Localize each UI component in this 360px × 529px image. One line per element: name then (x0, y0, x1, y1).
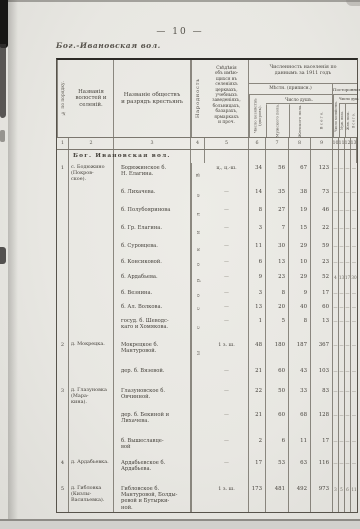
info-note: — (205, 386, 249, 410)
table-row: 4д. Ардабьевка.Ардабьевское б. Ардабьева… (57, 458, 357, 484)
local-households: 173 (249, 484, 266, 512)
row-num: 2 (57, 340, 69, 366)
local-households: 6 (249, 257, 266, 272)
row-num (57, 436, 69, 458)
page-number: — 10 — (0, 27, 360, 37)
local-total: 46 (311, 205, 333, 223)
local-male: 5 (266, 316, 289, 340)
society-name: б. Полубояринова (114, 205, 191, 223)
column-number: 9 (311, 138, 333, 149)
column-number: 7 (266, 138, 289, 149)
table-body: 1с. Бодюжино (Покров- ское).Бодюжинское … (57, 163, 357, 512)
local-female: 15 (289, 223, 311, 241)
row-num: 1 (57, 163, 69, 187)
header-local-total: В с е г о. (311, 104, 333, 137)
village-name: д. Гибловка (Кизлы- Васильевка). (69, 484, 114, 512)
section-cell (351, 150, 357, 163)
nationality-letter: л (191, 205, 205, 223)
info-note: — (205, 205, 249, 223)
village-name (69, 410, 114, 436)
local-households: 1 (249, 316, 266, 340)
society-name: б. Ал. Волкова. (114, 302, 191, 316)
local-total: 52 (311, 272, 333, 288)
table-row: б. Полубояриновал—8271946———— (57, 205, 357, 223)
ext-total: — (351, 458, 357, 484)
local-female: 9 (289, 288, 311, 302)
table-row: б. Вышеславце- вой—261117———— (57, 436, 357, 458)
info-note: — (205, 302, 249, 316)
row-num: 4 (57, 458, 69, 484)
local-households: 2 (249, 436, 266, 458)
village-name (69, 436, 114, 458)
nationality-letter: р (191, 272, 205, 288)
info-note: 1 з. ш. (205, 340, 249, 366)
local-total: 73 (311, 187, 333, 205)
local-households: 48 (249, 340, 266, 366)
nationality-letter: е (191, 187, 205, 205)
scan-edge-top (0, 0, 360, 2)
info-note: 1 з. ш. (205, 484, 249, 512)
local-total: 17 (311, 288, 333, 302)
column-number: 3 (114, 138, 191, 149)
local-total: 17 (311, 436, 333, 458)
header-villages: Названія волостей и селеній. (69, 60, 114, 137)
nationality-letter: ы (191, 340, 205, 366)
header-local-souls: Число душъ. (266, 95, 332, 104)
column-number: 8 (289, 138, 311, 149)
row-num (57, 410, 69, 436)
header-population-group: Численность населенія по даннымъ за 1911… (249, 60, 357, 137)
ext-total: — (351, 340, 357, 366)
section-cell (191, 150, 205, 163)
header-ext-souls-group: Число душ. Муж. пола. Жен. пола. В с е г… (339, 95, 357, 137)
local-households: 3 (249, 288, 266, 302)
scan-mark (346, 0, 360, 6)
village-name (69, 241, 114, 257)
nationality-letter (191, 458, 205, 484)
village-name (69, 366, 114, 386)
scan-background-bottom (0, 521, 360, 529)
header-population: Численность населенія по даннымъ за 1911… (249, 60, 357, 84)
nationality-letter (191, 366, 205, 386)
local-households: 34 (249, 163, 266, 187)
society-name: б. Консиковой. (114, 257, 191, 272)
local-female: 68 (289, 410, 311, 436)
local-total: 973 (311, 484, 333, 512)
info-note: — (205, 316, 249, 340)
local-total: 128 (311, 410, 333, 436)
header-nationality: Народность (191, 60, 205, 137)
table-row: б. Консиковой.о—6131023———— (57, 257, 357, 272)
row-num (57, 288, 69, 302)
info-note: — (205, 288, 249, 302)
scan-mark (0, 130, 5, 142)
column-number-row: 12345678910111213 (57, 138, 357, 150)
info-note: — (205, 187, 249, 205)
row-num (57, 316, 69, 340)
row-num: 5 (57, 484, 69, 512)
society-name: б. Ардабьева. (114, 272, 191, 288)
header-local-souls-group: Число душъ. Мужского пола. Женского пола… (266, 95, 333, 137)
section-cell (311, 150, 333, 163)
info-note: — (205, 458, 249, 484)
village-name (69, 316, 114, 340)
local-households: 21 (249, 410, 266, 436)
local-female: 40 (289, 302, 311, 316)
local-female: 33 (289, 386, 311, 410)
section-cell (289, 150, 311, 163)
nationality-letter: с (191, 302, 205, 316)
row-num (57, 272, 69, 288)
info-note: — (205, 272, 249, 288)
local-total: 22 (311, 223, 333, 241)
local-female: 492 (289, 484, 311, 512)
society-name: Бодюжинское б. Н. Елагина. (114, 163, 191, 187)
society-name: б. Гр. Елагина. (114, 223, 191, 241)
local-total: 59 (311, 241, 333, 257)
row-num (57, 205, 69, 223)
village-name (69, 288, 114, 302)
nationality-letter (191, 386, 205, 410)
ext-total: — (351, 241, 357, 257)
table-header: № по порядку. Названія волостей и селені… (57, 60, 357, 138)
section-cell (249, 150, 266, 163)
table-row: дер. б. Бекиной и Лихачева.—216068128———… (57, 410, 357, 436)
table-row: б. Суровцева.к—11302959———— (57, 241, 357, 257)
column-number: 5 (205, 138, 249, 149)
ext-total: 11 (351, 484, 357, 512)
header-subcolumns: Число хозяйствъ (дворовъ). Число душъ. М… (249, 95, 357, 137)
ext-total: — (351, 163, 357, 187)
header-ext-total: В с е г о. (351, 104, 357, 137)
local-female: 19 (289, 205, 311, 223)
local-male: 180 (266, 340, 289, 366)
section-row: Бог. Ивановская вол. (57, 150, 357, 163)
header-external: Посторонняго. (333, 84, 357, 94)
society-name: госуд. б. Шеводс- каго и Хомякова. (114, 316, 191, 340)
local-female: 10 (289, 257, 311, 272)
header-ext-souls-cols: Муж. пола. Жен. пола. В с е г о. (339, 104, 357, 137)
ext-total: — (351, 410, 357, 436)
local-male: 60 (266, 410, 289, 436)
nationality-letter (191, 436, 205, 458)
local-female: 29 (289, 241, 311, 257)
header-local-households: Число хозяйствъ (дворовъ). (249, 95, 266, 137)
section-cell (57, 150, 69, 163)
society-name: б. Лихачева. (114, 187, 191, 205)
local-male: 481 (266, 484, 289, 512)
local-total: 103 (311, 366, 333, 386)
local-male: 6 (266, 436, 289, 458)
nationality-letter: о (191, 257, 205, 272)
table-row: б. Ардабьева.р—92329524131730 (57, 272, 357, 288)
header-population-split: Мѣстн. (приписн.) Посторонняго. (249, 84, 357, 95)
binding-shadow (0, 44, 6, 118)
margin-label: Бог.-Ивановская вол. (56, 41, 161, 50)
header-local-male: Мужского пола. (266, 104, 289, 137)
village-name: д. Глазуновка (Мара- кина). (69, 386, 114, 410)
society-name: б. Везнина. (114, 288, 191, 302)
local-female: 67 (289, 163, 311, 187)
section-cell (205, 150, 249, 163)
nationality-letter: к (191, 241, 205, 257)
info-note: — (205, 257, 249, 272)
column-number: 13 (351, 138, 357, 149)
local-households: 21 (249, 366, 266, 386)
local-male: 27 (266, 205, 289, 223)
local-female: 43 (289, 366, 311, 386)
nationality-letter: с (191, 316, 205, 340)
row-num (57, 241, 69, 257)
header-local-souls-cols: Мужского пола. Женского пола. В с е г о. (266, 104, 332, 137)
header-societies: Названіе обществъ и разрядъ крестьянъ (114, 60, 191, 137)
row-num (57, 257, 69, 272)
ext-total: — (351, 205, 357, 223)
local-male: 53 (266, 458, 289, 484)
column-number: 2 (69, 138, 114, 149)
village-name (69, 205, 114, 223)
table-row: госуд. б. Шеводс- каго и Хомякова.с—1581… (57, 316, 357, 340)
ext-total: — (351, 386, 357, 410)
local-female: 38 (289, 187, 311, 205)
ext-total: — (351, 187, 357, 205)
local-male: 20 (266, 302, 289, 316)
table-row: б. Везнина.о—38917———— (57, 288, 357, 302)
data-table: № по порядку. Названія волостей и селені… (56, 58, 358, 513)
scanned-page: — 10 — Бог.-Ивановская вол. № по порядку… (0, 0, 360, 529)
row-num (57, 302, 69, 316)
local-total: 367 (311, 340, 333, 366)
binding-shadow (0, 0, 8, 48)
local-male: 56 (266, 163, 289, 187)
society-name: Глазуновское б. Овчинной. (114, 386, 191, 410)
village-name: д. Мокрецка. (69, 340, 114, 366)
local-female: 187 (289, 340, 311, 366)
local-households: 3 (249, 223, 266, 241)
local-households: 13 (249, 302, 266, 316)
village-name (69, 257, 114, 272)
ext-total: — (351, 302, 357, 316)
row-num (57, 223, 69, 241)
info-note: — (205, 241, 249, 257)
village-name (69, 223, 114, 241)
local-total: 123 (311, 163, 333, 187)
table-row: 5д. Гибловка (Кизлы- Васильевка).Гибловс… (57, 484, 357, 512)
scan-mark (0, 247, 6, 264)
table-row: б. Лихачева.е—14353873———— (57, 187, 357, 205)
village-name: с. Бодюжино (Покров- ское). (69, 163, 114, 187)
society-name: Ардабьевское б. Ардабьева. (114, 458, 191, 484)
local-total: 116 (311, 458, 333, 484)
local-male: 23 (266, 272, 289, 288)
header-row-number: № по порядку. (57, 60, 69, 137)
page-gutter-shadow (8, 0, 18, 529)
local-households: 11 (249, 241, 266, 257)
local-male: 8 (266, 288, 289, 302)
info-note: — (205, 436, 249, 458)
local-female: 63 (289, 458, 311, 484)
local-households: 9 (249, 272, 266, 288)
village-name (69, 272, 114, 288)
header-local-female: Женского пола. (289, 104, 311, 137)
local-households: 8 (249, 205, 266, 223)
table-row: 2д. Мокрецка.Мокрецкое б. Мантуровой.ы1 … (57, 340, 357, 366)
local-male: 13 (266, 257, 289, 272)
society-name: Гибловское б. Мантуровой, Болды- ревой и… (114, 484, 191, 512)
ext-total: — (351, 288, 357, 302)
nationality-letter (191, 484, 205, 512)
local-households: 17 (249, 458, 266, 484)
table-row: 1с. Бодюжино (Покров- ское).Бодюжинское … (57, 163, 357, 187)
society-name: дер. б. Бекиной и Лихачева. (114, 410, 191, 436)
local-total: 83 (311, 386, 333, 410)
village-name (69, 302, 114, 316)
local-female: 11 (289, 436, 311, 458)
table-row: 3д. Глазуновка (Мара- кина).Глазуновское… (57, 386, 357, 410)
ext-total: — (351, 257, 357, 272)
ext-total: — (351, 316, 357, 340)
village-name (69, 187, 114, 205)
table-row: дер. б. Вязевой.—216043103———— (57, 366, 357, 386)
info-note: ц., ц.-ш. (205, 163, 249, 187)
section-label: Бог. Ивановская вол. (73, 153, 171, 159)
column-number: 1 (57, 138, 69, 149)
table-row: б. Гр. Елагина.и—371522———— (57, 223, 357, 241)
society-name: б. Вышеславце- вой (114, 436, 191, 458)
local-female: 29 (289, 272, 311, 288)
ext-total: — (351, 366, 357, 386)
column-number: 4 (191, 138, 205, 149)
local-male: 7 (266, 223, 289, 241)
local-female: 8 (289, 316, 311, 340)
row-num (57, 187, 69, 205)
local-male: 60 (266, 366, 289, 386)
info-note: — (205, 366, 249, 386)
table-row: б. Ал. Волкова.с—13204060———— (57, 302, 357, 316)
header-ext-souls: Число душ. (339, 95, 357, 104)
header-info: Свѣдѣнія объ имѣю- щихся въ селеніяхъ це… (205, 60, 249, 137)
ext-total: — (351, 436, 357, 458)
village-name: д. Ардабьевка. (69, 458, 114, 484)
local-male: 50 (266, 386, 289, 410)
info-note: — (205, 410, 249, 436)
row-num: 3 (57, 386, 69, 410)
ext-total: 30 (351, 272, 357, 288)
society-name: б. Суровцева. (114, 241, 191, 257)
local-male: 30 (266, 241, 289, 257)
nationality-letter: В (191, 163, 205, 187)
local-total: 60 (311, 302, 333, 316)
local-households: 14 (249, 187, 266, 205)
row-num (57, 366, 69, 386)
society-name: Мокрецкое б. Мантуровой. (114, 340, 191, 366)
section-cell (266, 150, 289, 163)
nationality-letter (191, 410, 205, 436)
ext-total: — (351, 223, 357, 241)
local-households: 22 (249, 386, 266, 410)
nationality-letter: о (191, 288, 205, 302)
local-total: 13 (311, 316, 333, 340)
column-number: 6 (249, 138, 266, 149)
nationality-letter: и (191, 223, 205, 241)
local-total: 23 (311, 257, 333, 272)
info-note: — (205, 223, 249, 241)
local-male: 35 (266, 187, 289, 205)
society-name: дер. б. Вязевой. (114, 366, 191, 386)
header-local: Мѣстн. (приписн.) (249, 84, 333, 94)
